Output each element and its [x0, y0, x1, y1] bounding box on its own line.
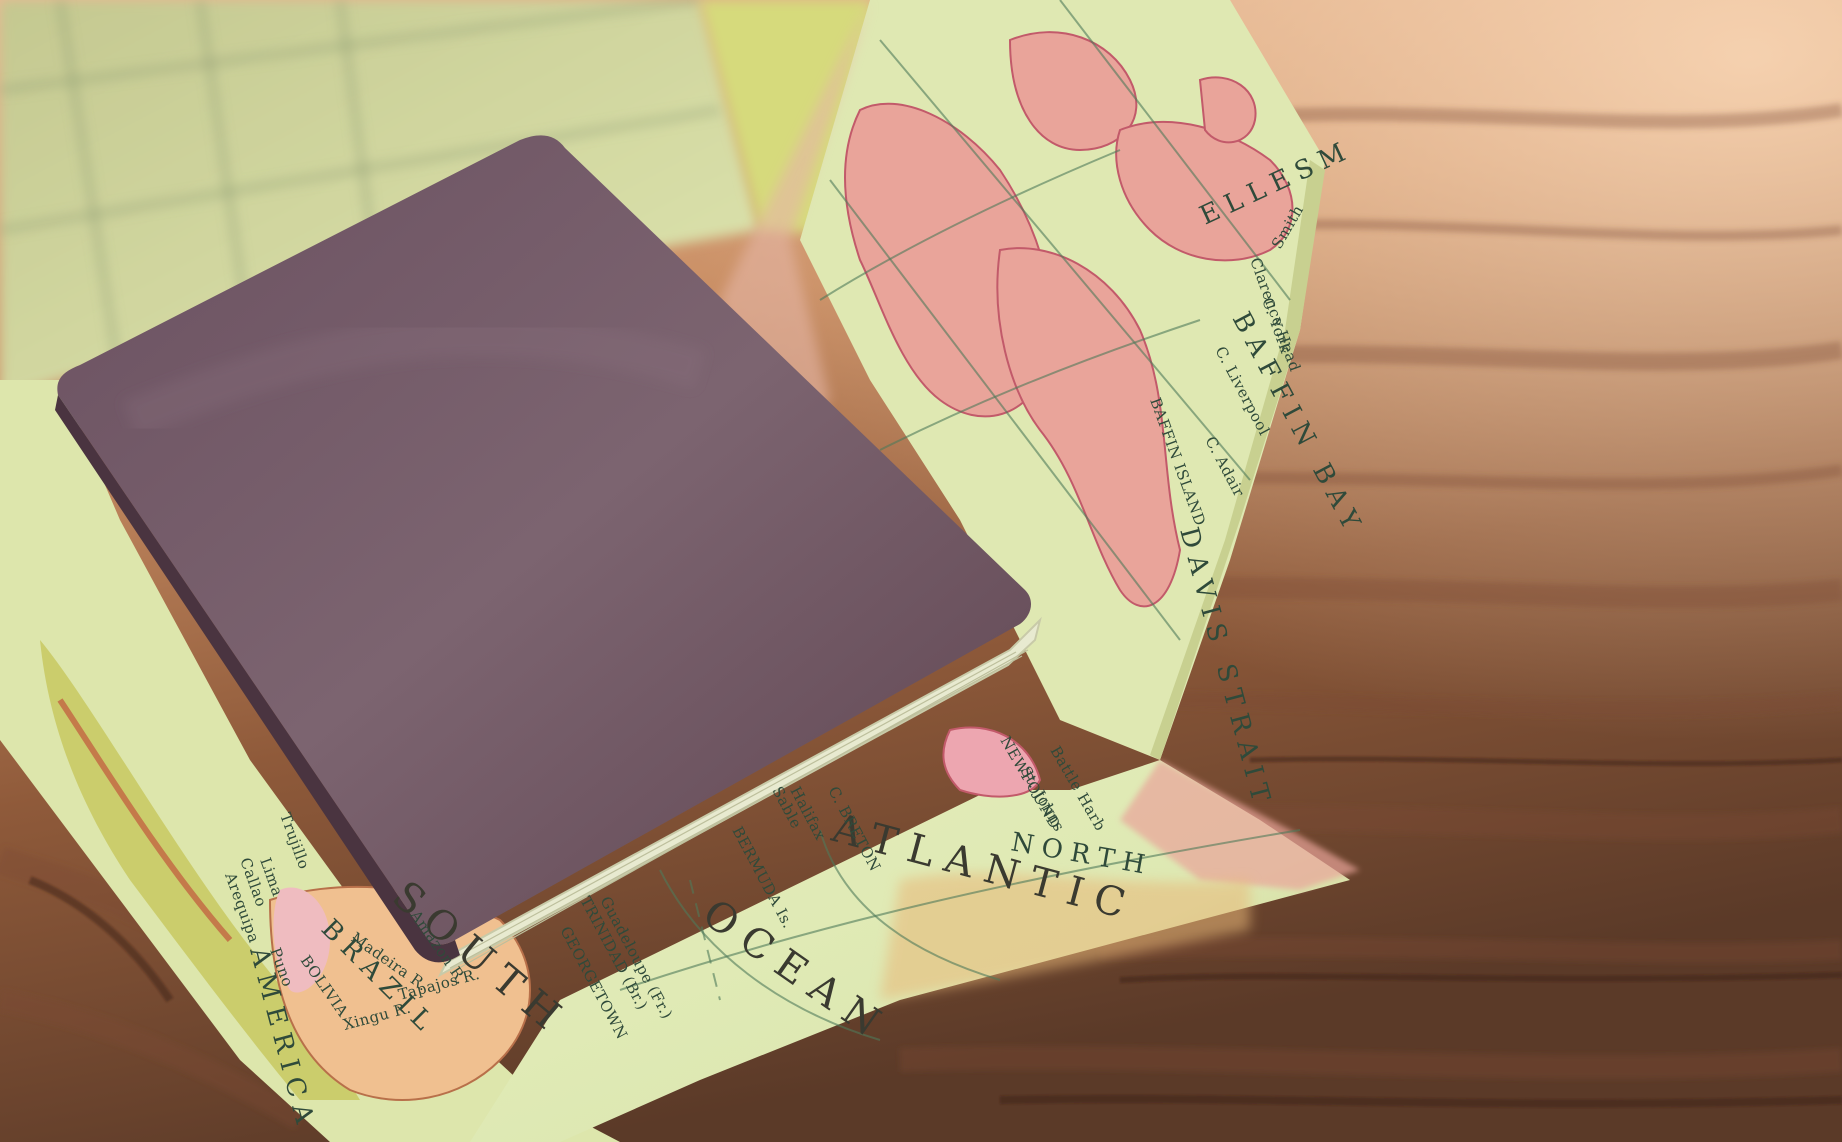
photo-scene: ELLESM Smith Clarence Head C. York BAFFI… [0, 0, 1842, 1142]
